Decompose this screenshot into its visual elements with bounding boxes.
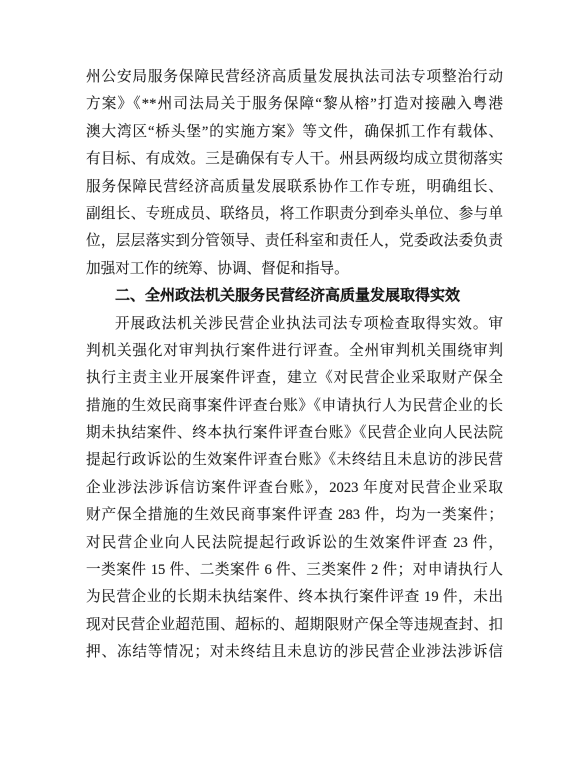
text-line: 为民营企业的长期未执结案件、终本执行案件评查 19 件，未出 bbox=[86, 584, 503, 611]
text-line: 判机关强化对审判执行案件进行评查。全州审判机关围绕审判 bbox=[86, 338, 503, 365]
heading-line: 二、全州政法机关服务民营经济高质量发展取得实效 bbox=[86, 283, 503, 310]
text-line: 开展政法机关涉民营企业执法司法专项检查取得实效。审 bbox=[86, 311, 503, 338]
text-line: 企业涉法涉诉信访案件评查台账》，2023 年度对民营企业采取 bbox=[86, 475, 503, 502]
text-line: 现对民营企业超范围、超标的、超期限财产保全等违规查封、扣 bbox=[86, 612, 503, 639]
text-line: 州公安局服务保障民营经济高质量发展执法司法专项整治行动 bbox=[86, 64, 503, 91]
text-line: 期未执结案件、终本执行案件评查台账》《民营企业向人民法院 bbox=[86, 420, 503, 447]
text-line: 执行主责主业开展案件评查，建立《对民营企业采取财产保全 bbox=[86, 365, 503, 392]
text-line: 押、冻结等情况；对未终结且未息访的涉民营企业涉法涉诉信 bbox=[86, 639, 503, 666]
text-line: 提起行政诉讼的生效案件评查台账》《未终结且未息访的涉民营 bbox=[86, 447, 503, 474]
text-line: 服务保障民营经济高质量发展联系协作工作专班，明确组长、 bbox=[86, 174, 503, 201]
text-line: 对民营企业向人民法院提起行政诉讼的生效案件评查 23 件， bbox=[86, 530, 503, 557]
section-heading: 二、全州政法机关服务民营经济高质量发展取得实效 bbox=[86, 283, 503, 310]
text-line: 澳大湾区“桥头堡”的实施方案》等文件，确保抓工作有载体、 bbox=[86, 119, 503, 146]
text-line: 方案》《**州司法局关于服务保障“黎从榕”打造对接融入粤港 bbox=[86, 91, 503, 118]
text-line: 有目标、有成效。三是确保有专人干。州县两级均成立贯彻落实 bbox=[86, 146, 503, 173]
text-line: 加强对工作的统筹、协调、督促和指导。 bbox=[86, 256, 503, 283]
paragraph-continued: 州公安局服务保障民营经济高质量发展执法司法专项整治行动方案》《**州司法局关于服… bbox=[86, 64, 503, 283]
text-line: 副组长、专班成员、联络员，将工作职责分到牵头单位、参与单 bbox=[86, 201, 503, 228]
text-line: 一类案件 15 件、二类案件 6 件、三类案件 2 件；对申请执行人 bbox=[86, 557, 503, 584]
paragraph-body: 开展政法机关涉民营企业执法司法专项检查取得实效。审判机关强化对审判执行案件进行评… bbox=[86, 311, 503, 667]
document-page: 州公安局服务保障民营经济高质量发展执法司法专项整治行动方案》《**州司法局关于服… bbox=[0, 0, 586, 759]
text-line: 措施的生效民商事案件评查台账》《申请执行人为民营企业的长 bbox=[86, 393, 503, 420]
text-block: 州公安局服务保障民营经济高质量发展执法司法专项整治行动方案》《**州司法局关于服… bbox=[86, 64, 503, 667]
text-line: 财产保全措施的生效民商事案件评查 283 件，均为一类案件； bbox=[86, 502, 503, 529]
text-line: 位，层层落实到分管领导、责任科室和责任人，党委政法委负责 bbox=[86, 228, 503, 255]
